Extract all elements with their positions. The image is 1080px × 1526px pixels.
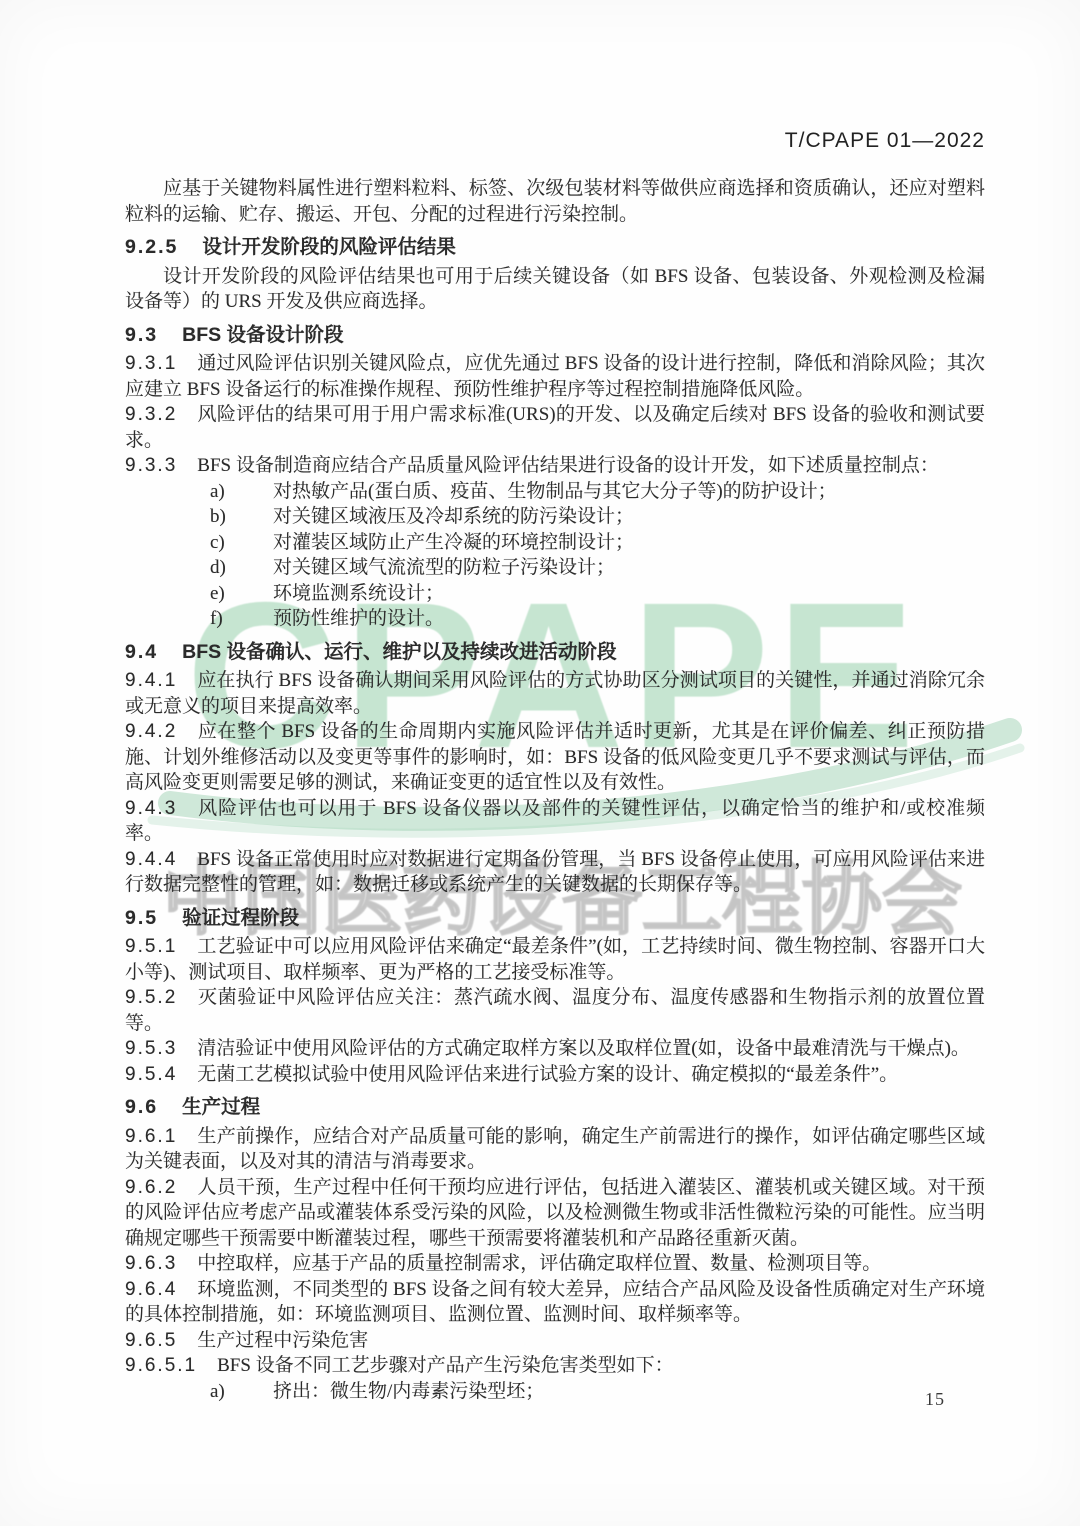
clause-text: BFS 设备制造商应结合产品质量风险评估结果进行设备的设计开发，如下述质量控制点… <box>197 455 939 476</box>
list-text: 对关键区域液压及冷却系统的防污染设计； <box>273 506 634 527</box>
page-number: 15 <box>925 1389 945 1410</box>
clause-number: 9.6.1 <box>125 1126 197 1147</box>
list-text: 对热敏产品(蛋白质、疫苗、生物制品与其它大分子等)的防护设计； <box>273 481 837 502</box>
clause-number: 9.5.1 <box>125 936 197 957</box>
list-text: 环境监测系统设计； <box>273 583 444 604</box>
clause-number: 9.6 <box>125 1096 182 1118</box>
clause-number: 9.2.5 <box>125 236 202 258</box>
clause: 9.6.3中控取样，应基于产品的质量控制需求，评估确定取样位置、数量、检测项目等… <box>125 1251 985 1277</box>
clause: 9.6.5生产过程中污染危害 <box>125 1328 985 1354</box>
clause-text: 应基于关键物料属性进行塑料粒料、标签、次级包装材料等做供应商选择和资质确认，还应… <box>125 178 985 225</box>
document-body: 应基于关键物料属性进行塑料粒料、标签、次级包装材料等做供应商选择和资质确认，还应… <box>125 176 985 1404</box>
list-item: e)环境监测系统设计； <box>125 581 985 607</box>
section-heading: 9.4BFS 设备确认、运行、维护以及持续改进活动阶段 <box>125 640 985 666</box>
clause: 9.5.1工艺验证中可以应用风险评估来确定“最差条件”(如，工艺持续时间、微生物… <box>125 934 985 985</box>
clause: 9.5.3清洁验证中使用风险评估的方式确定取样方案以及取样位置(如，设备中最难清… <box>125 1036 985 1062</box>
clause-text: 生产过程 <box>182 1096 260 1118</box>
clause: 9.5.2灭菌验证中风险评估应关注：蒸汽疏水阀、温度分布、温度传感器和生物指示剂… <box>125 985 985 1036</box>
list-marker: c) <box>210 530 225 556</box>
clause-text: 工艺验证中可以应用风险评估来确定“最差条件”(如，工艺持续时间、微生物控制、容器… <box>125 936 985 983</box>
clause-text: BFS 设备确认、运行、维护以及持续改进活动阶段 <box>182 641 616 663</box>
clause-text: BFS 设备设计阶段 <box>182 324 343 346</box>
clause: 9.6.4环境监测，不同类型的 BFS 设备之间有较大差异，应结合产品风险及设备… <box>125 1277 985 1328</box>
clause: 9.4.3风险评估也可以用于 BFS 设备仪器以及部件的关键性评估，以确定恰当的… <box>125 796 985 847</box>
clause-number: 9.4.4 <box>125 849 197 870</box>
list-item: a)挤出：微生物/内毒素污染型坯； <box>125 1379 985 1405</box>
clause-text: 生产过程中污染危害 <box>197 1330 368 1351</box>
clause: 9.4.4BFS 设备正常使用时应对数据进行定期备份管理，当 BFS 设备停止使… <box>125 847 985 898</box>
clause: 9.4.2应在整个 BFS 设备的生命周期内实施风险评估并适时更新，尤其是在评价… <box>125 719 985 796</box>
clause-number: 9.5 <box>125 907 182 929</box>
clause: 9.4.1应在执行 BFS 设备确认期间采用风险评估的方式协助区分测试项目的关键… <box>125 668 985 719</box>
section-heading: 9.5验证过程阶段 <box>125 906 985 932</box>
list-item: d)对关键区域气流流型的防粒子污染设计； <box>125 555 985 581</box>
clause-text: 生产前操作，应结合对产品质量可能的影响，确定生产前需进行的操作，如评估确定哪些区… <box>125 1126 985 1173</box>
clause-number: 9.6.3 <box>125 1253 197 1274</box>
section-heading: 9.6生产过程 <box>125 1095 985 1121</box>
clause-number: 9.4 <box>125 641 182 663</box>
list-marker: b) <box>210 504 226 530</box>
clause-text: 设计开发阶段的风险评估结果 <box>202 236 456 258</box>
list-item: a)对热敏产品(蛋白质、疫苗、生物制品与其它大分子等)的防护设计； <box>125 479 985 505</box>
paragraph: 设计开发阶段的风险评估结果也可用于后续关键设备（如 BFS 设备、包装设备、外观… <box>125 264 985 315</box>
document-code: T/CPAPE 01—2022 <box>785 129 985 153</box>
section-heading: 9.2.5设计开发阶段的风险评估结果 <box>125 235 985 261</box>
clause-text: 设计开发阶段的风险评估结果也可用于后续关键设备（如 BFS 设备、包装设备、外观… <box>125 266 985 313</box>
list-marker: a) <box>210 1379 225 1405</box>
clause-number: 9.6.5.1 <box>125 1355 217 1376</box>
clause-text: 通过风险评估识别关键风险点，应优先通过 BFS 设备的设计进行控制，降低和消除风… <box>125 353 985 400</box>
clause: 9.5.4无菌工艺模拟试验中使用风险评估来进行试验方案的设计、确定模拟的“最差条… <box>125 1062 985 1088</box>
clause-text: 风险评估的结果可用于用户需求标准(URS)的开发、以及确定后续对 BFS 设备的… <box>125 404 985 451</box>
clause-text: 人员干预，生产过程中任何干预均应进行评估，包括进入灌装区、灌装机或关键区域。对干… <box>125 1177 985 1249</box>
clause-text: BFS 设备不同工艺步骤对产品产生污染危害类型如下： <box>217 1355 674 1376</box>
list-marker: d) <box>210 555 226 581</box>
clause-number: 9.6.2 <box>125 1177 197 1198</box>
clause: 9.3.3BFS 设备制造商应结合产品质量风险评估结果进行设备的设计开发，如下述… <box>125 453 985 479</box>
clause-number: 9.4.1 <box>125 670 197 691</box>
clause: 9.6.5.1BFS 设备不同工艺步骤对产品产生污染危害类型如下： <box>125 1353 985 1379</box>
list-text: 对关键区域气流流型的防粒子污染设计； <box>273 557 615 578</box>
list-item: f)预防性维护的设计。 <box>125 606 985 632</box>
paragraph: 应基于关键物料属性进行塑料粒料、标签、次级包装材料等做供应商选择和资质确认，还应… <box>125 176 985 227</box>
clause-text: 无菌工艺模拟试验中使用风险评估来进行试验方案的设计、确定模拟的“最差条件”。 <box>197 1064 898 1085</box>
list-marker: f) <box>210 606 223 632</box>
clause: 9.6.2人员干预，生产过程中任何干预均应进行评估，包括进入灌装区、灌装机或关键… <box>125 1175 985 1252</box>
clause-number: 9.6.4 <box>125 1279 197 1300</box>
list-text: 预防性维护的设计。 <box>273 608 444 629</box>
clause: 9.3.2风险评估的结果可用于用户需求标准(URS)的开发、以及确定后续对 BF… <box>125 402 985 453</box>
clause-text: 中控取样，应基于产品的质量控制需求，评估确定取样位置、数量、检测项目等。 <box>197 1253 881 1274</box>
list-marker: a) <box>210 479 225 505</box>
clause-number: 9.3.1 <box>125 353 197 374</box>
clause-text: BFS 设备正常使用时应对数据进行定期备份管理，当 BFS 设备停止使用，可应用… <box>125 849 985 896</box>
clause-number: 9.5.3 <box>125 1038 197 1059</box>
section-heading: 9.3BFS 设备设计阶段 <box>125 323 985 349</box>
clause-number: 9.6.5 <box>125 1330 197 1351</box>
document-page: CPAPE 中国医药设备工程协会 T/CPAPE 01—2022 应基于关键物料… <box>0 0 1080 1526</box>
clause-text: 应在整个 BFS 设备的生命周期内实施风险评估并适时更新，尤其是在评价偏差、纠正… <box>125 721 985 793</box>
clause-number: 9.4.3 <box>125 798 197 819</box>
clause-text: 清洁验证中使用风险评估的方式确定取样方案以及取样位置(如，设备中最难清洗与干燥点… <box>197 1038 970 1059</box>
clause-number: 9.3.3 <box>125 455 197 476</box>
list-item: b)对关键区域液压及冷却系统的防污染设计； <box>125 504 985 530</box>
clause-text: 灭菌验证中风险评估应关注：蒸汽疏水阀、温度分布、温度传感器和生物指示剂的放置位置… <box>125 987 985 1034</box>
clause-text: 环境监测，不同类型的 BFS 设备之间有较大差异，应结合产品风险及设备性质确定对… <box>125 1279 985 1326</box>
list-item: c)对灌装区域防止产生冷凝的环境控制设计； <box>125 530 985 556</box>
clause: 9.3.1通过风险评估识别关键风险点，应优先通过 BFS 设备的设计进行控制，降… <box>125 351 985 402</box>
clause-number: 9.5.4 <box>125 1064 197 1085</box>
clause-number: 9.4.2 <box>125 721 197 742</box>
clause: 9.6.1生产前操作，应结合对产品质量可能的影响，确定生产前需进行的操作，如评估… <box>125 1124 985 1175</box>
clause-text: 风险评估也可以用于 BFS 设备仪器以及部件的关键性评估，以确定恰当的维护和/或… <box>125 798 985 845</box>
list-marker: e) <box>210 581 225 607</box>
list-text: 对灌装区域防止产生冷凝的环境控制设计； <box>273 532 634 553</box>
clause-number: 9.3 <box>125 324 182 346</box>
list-text: 挤出：微生物/内毒素污染型坯； <box>273 1381 544 1402</box>
clause-text: 应在执行 BFS 设备确认期间采用风险评估的方式协助区分测试项目的关键性，并通过… <box>125 670 985 717</box>
clause-number: 9.5.2 <box>125 987 197 1008</box>
clause-text: 验证过程阶段 <box>182 907 299 929</box>
clause-number: 9.3.2 <box>125 404 197 425</box>
